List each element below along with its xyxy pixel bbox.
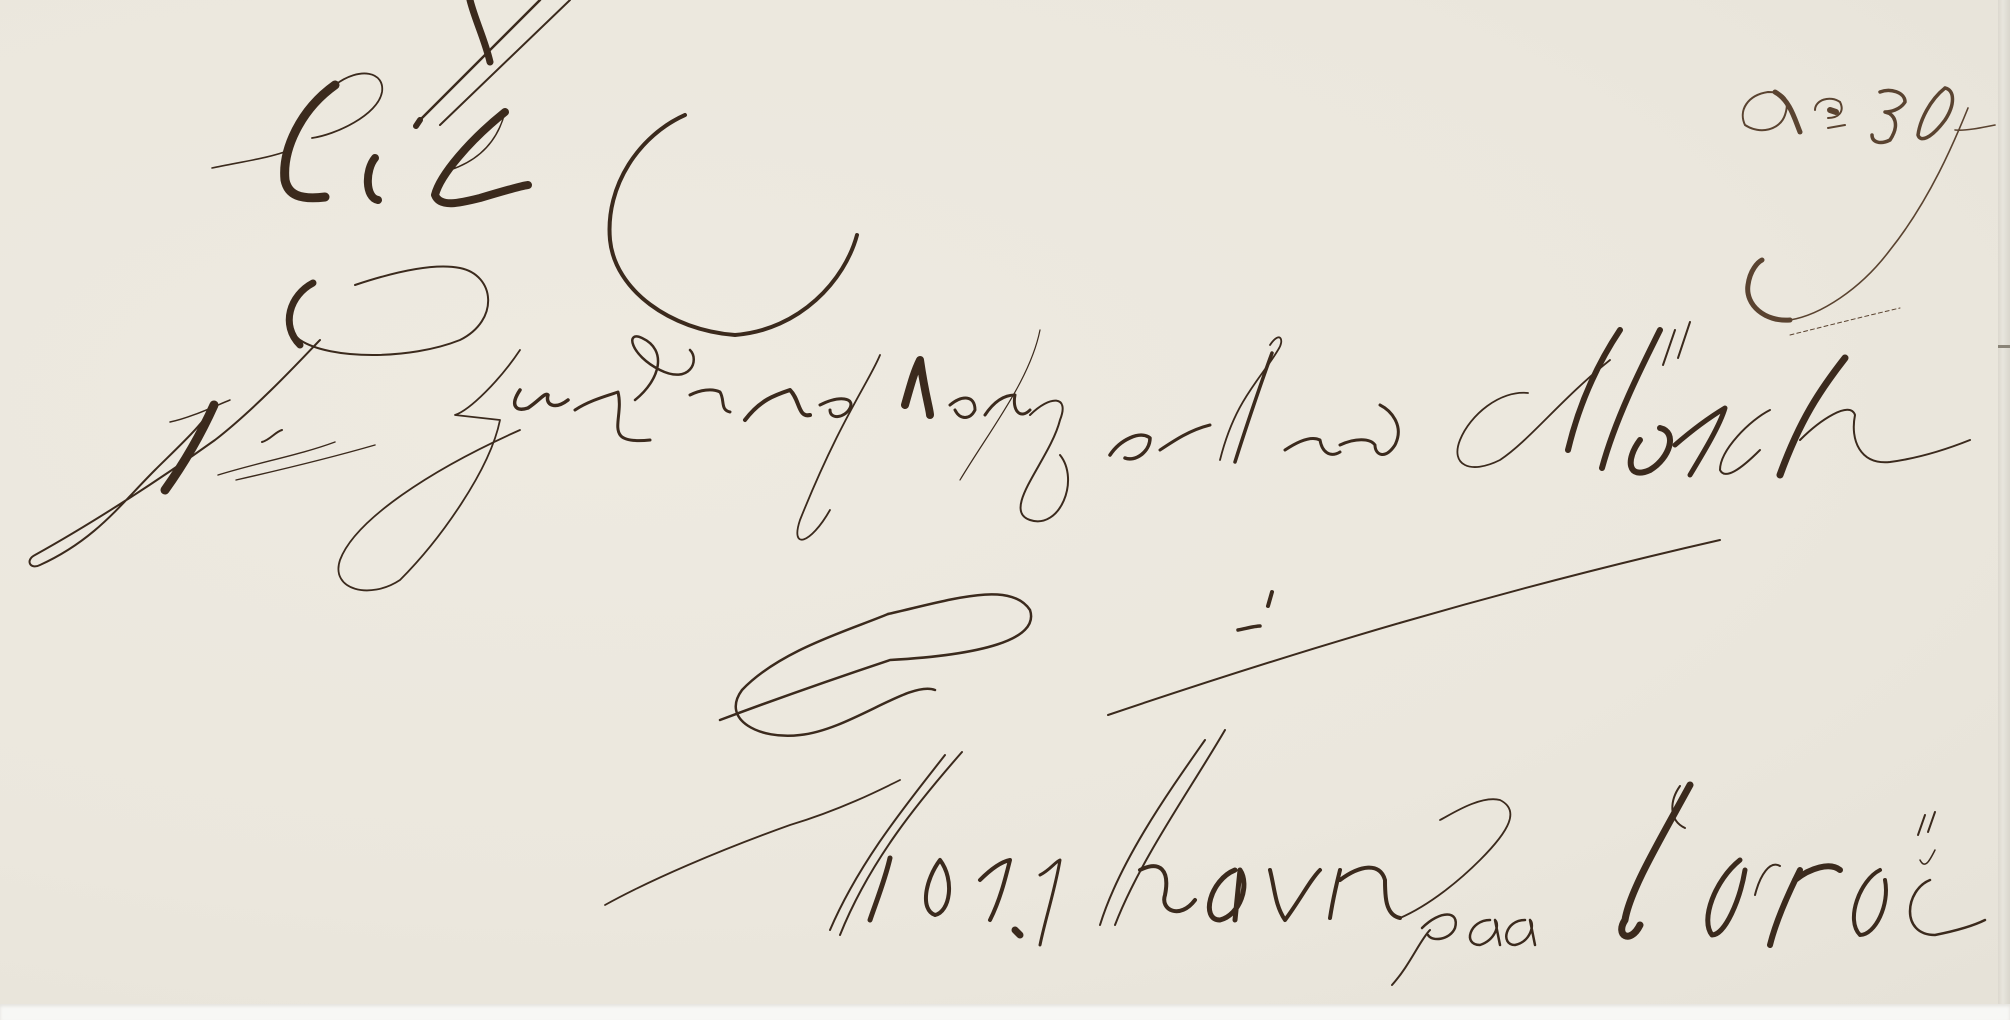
preposition-i-and-rule bbox=[1108, 540, 1720, 715]
top-flourish bbox=[416, 0, 570, 126]
handwriting-ink bbox=[0, 0, 2002, 1004]
destination-paa bbox=[1392, 915, 1535, 986]
destination-thorshavn bbox=[605, 594, 1510, 945]
no-30-marking bbox=[1743, 88, 1995, 335]
title-hr bbox=[30, 266, 489, 566]
scanner-background bbox=[0, 1004, 2010, 1020]
flourish-c-loop bbox=[610, 115, 857, 335]
destination-faeroe bbox=[1622, 785, 1985, 945]
recipient-name-morch bbox=[1457, 322, 1970, 475]
salutation-til bbox=[212, 73, 528, 203]
recipient-title-word bbox=[338, 330, 1398, 590]
scanned-letter: Til Hr Landskabsforvalter Mörch i Thorsh… bbox=[0, 0, 2010, 1020]
